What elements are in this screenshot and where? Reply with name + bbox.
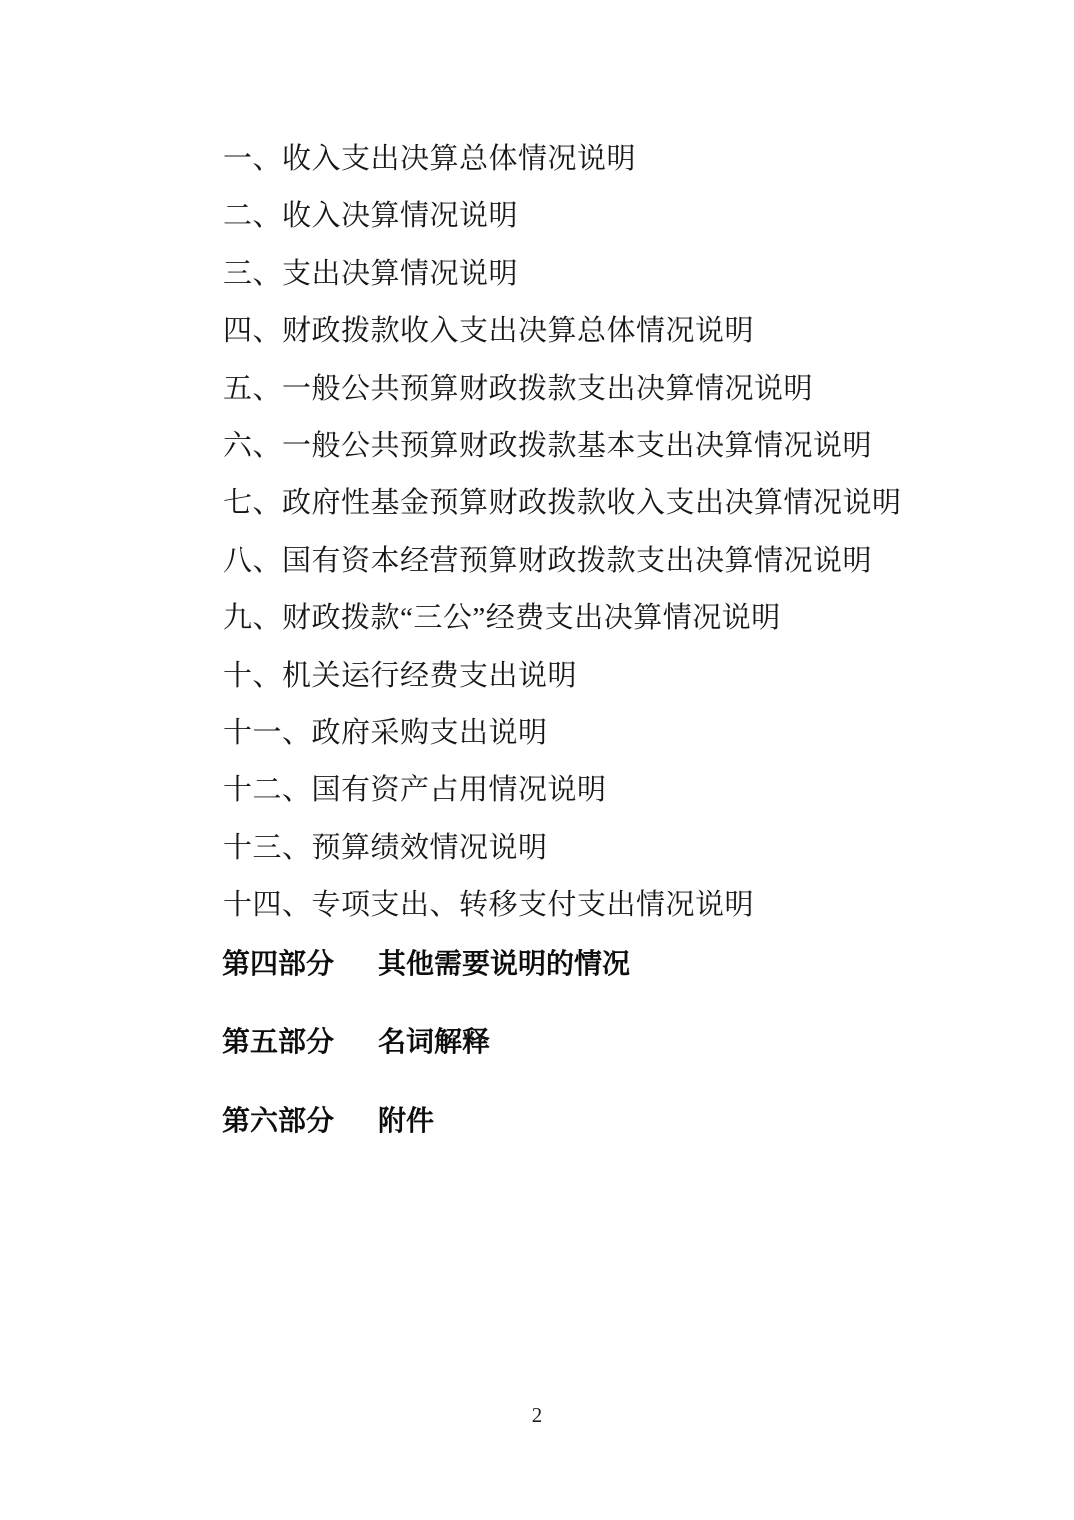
toc-item: 五、一般公共预算财政拨款支出决算情况说明 [223, 361, 902, 418]
section-heading-part5: 第五部分 名词解释 [222, 1022, 490, 1062]
toc-item: 七、政府性基金预算财政拨款收入支出决算情况说明 [223, 475, 902, 532]
toc-list: 一、收入支出决算总体情况说明 二、收入决算情况说明 三、支出决算情况说明 四、财… [223, 131, 902, 935]
section-number: 第六部分 [222, 1101, 334, 1141]
toc-item: 十、机关运行经费支出说明 [223, 648, 902, 705]
section-number: 第五部分 [222, 1022, 334, 1062]
toc-item: 四、财政拨款收入支出决算总体情况说明 [223, 303, 902, 360]
document-page: 一、收入支出决算总体情况说明 二、收入决算情况说明 三、支出决算情况说明 四、财… [0, 0, 1074, 1520]
section-title: 其他需要说明的情况 [378, 944, 630, 984]
page-number: 2 [0, 1401, 1074, 1429]
section-title: 名词解释 [378, 1022, 490, 1062]
toc-item: 十一、政府采购支出说明 [223, 705, 902, 762]
toc-item: 十二、国有资产占用情况说明 [223, 762, 902, 819]
toc-item: 一、收入支出决算总体情况说明 [223, 131, 902, 188]
toc-item: 三、支出决算情况说明 [223, 246, 902, 303]
section-title: 附件 [378, 1101, 434, 1141]
toc-item: 八、国有资本经营预算财政拨款支出决算情况说明 [223, 533, 902, 590]
toc-item: 六、一般公共预算财政拨款基本支出决算情况说明 [223, 418, 902, 475]
section-heading-part4: 第四部分 其他需要说明的情况 [222, 944, 630, 984]
toc-item: 十四、专项支出、转移支付支出情况说明 [223, 877, 902, 934]
section-heading-part6: 第六部分 附件 [222, 1101, 434, 1141]
toc-item: 九、财政拨款“三公”经费支出决算情况说明 [223, 590, 902, 647]
section-number: 第四部分 [222, 944, 334, 984]
toc-item: 十三、预算绩效情况说明 [223, 820, 902, 877]
toc-item: 二、收入决算情况说明 [223, 188, 902, 245]
